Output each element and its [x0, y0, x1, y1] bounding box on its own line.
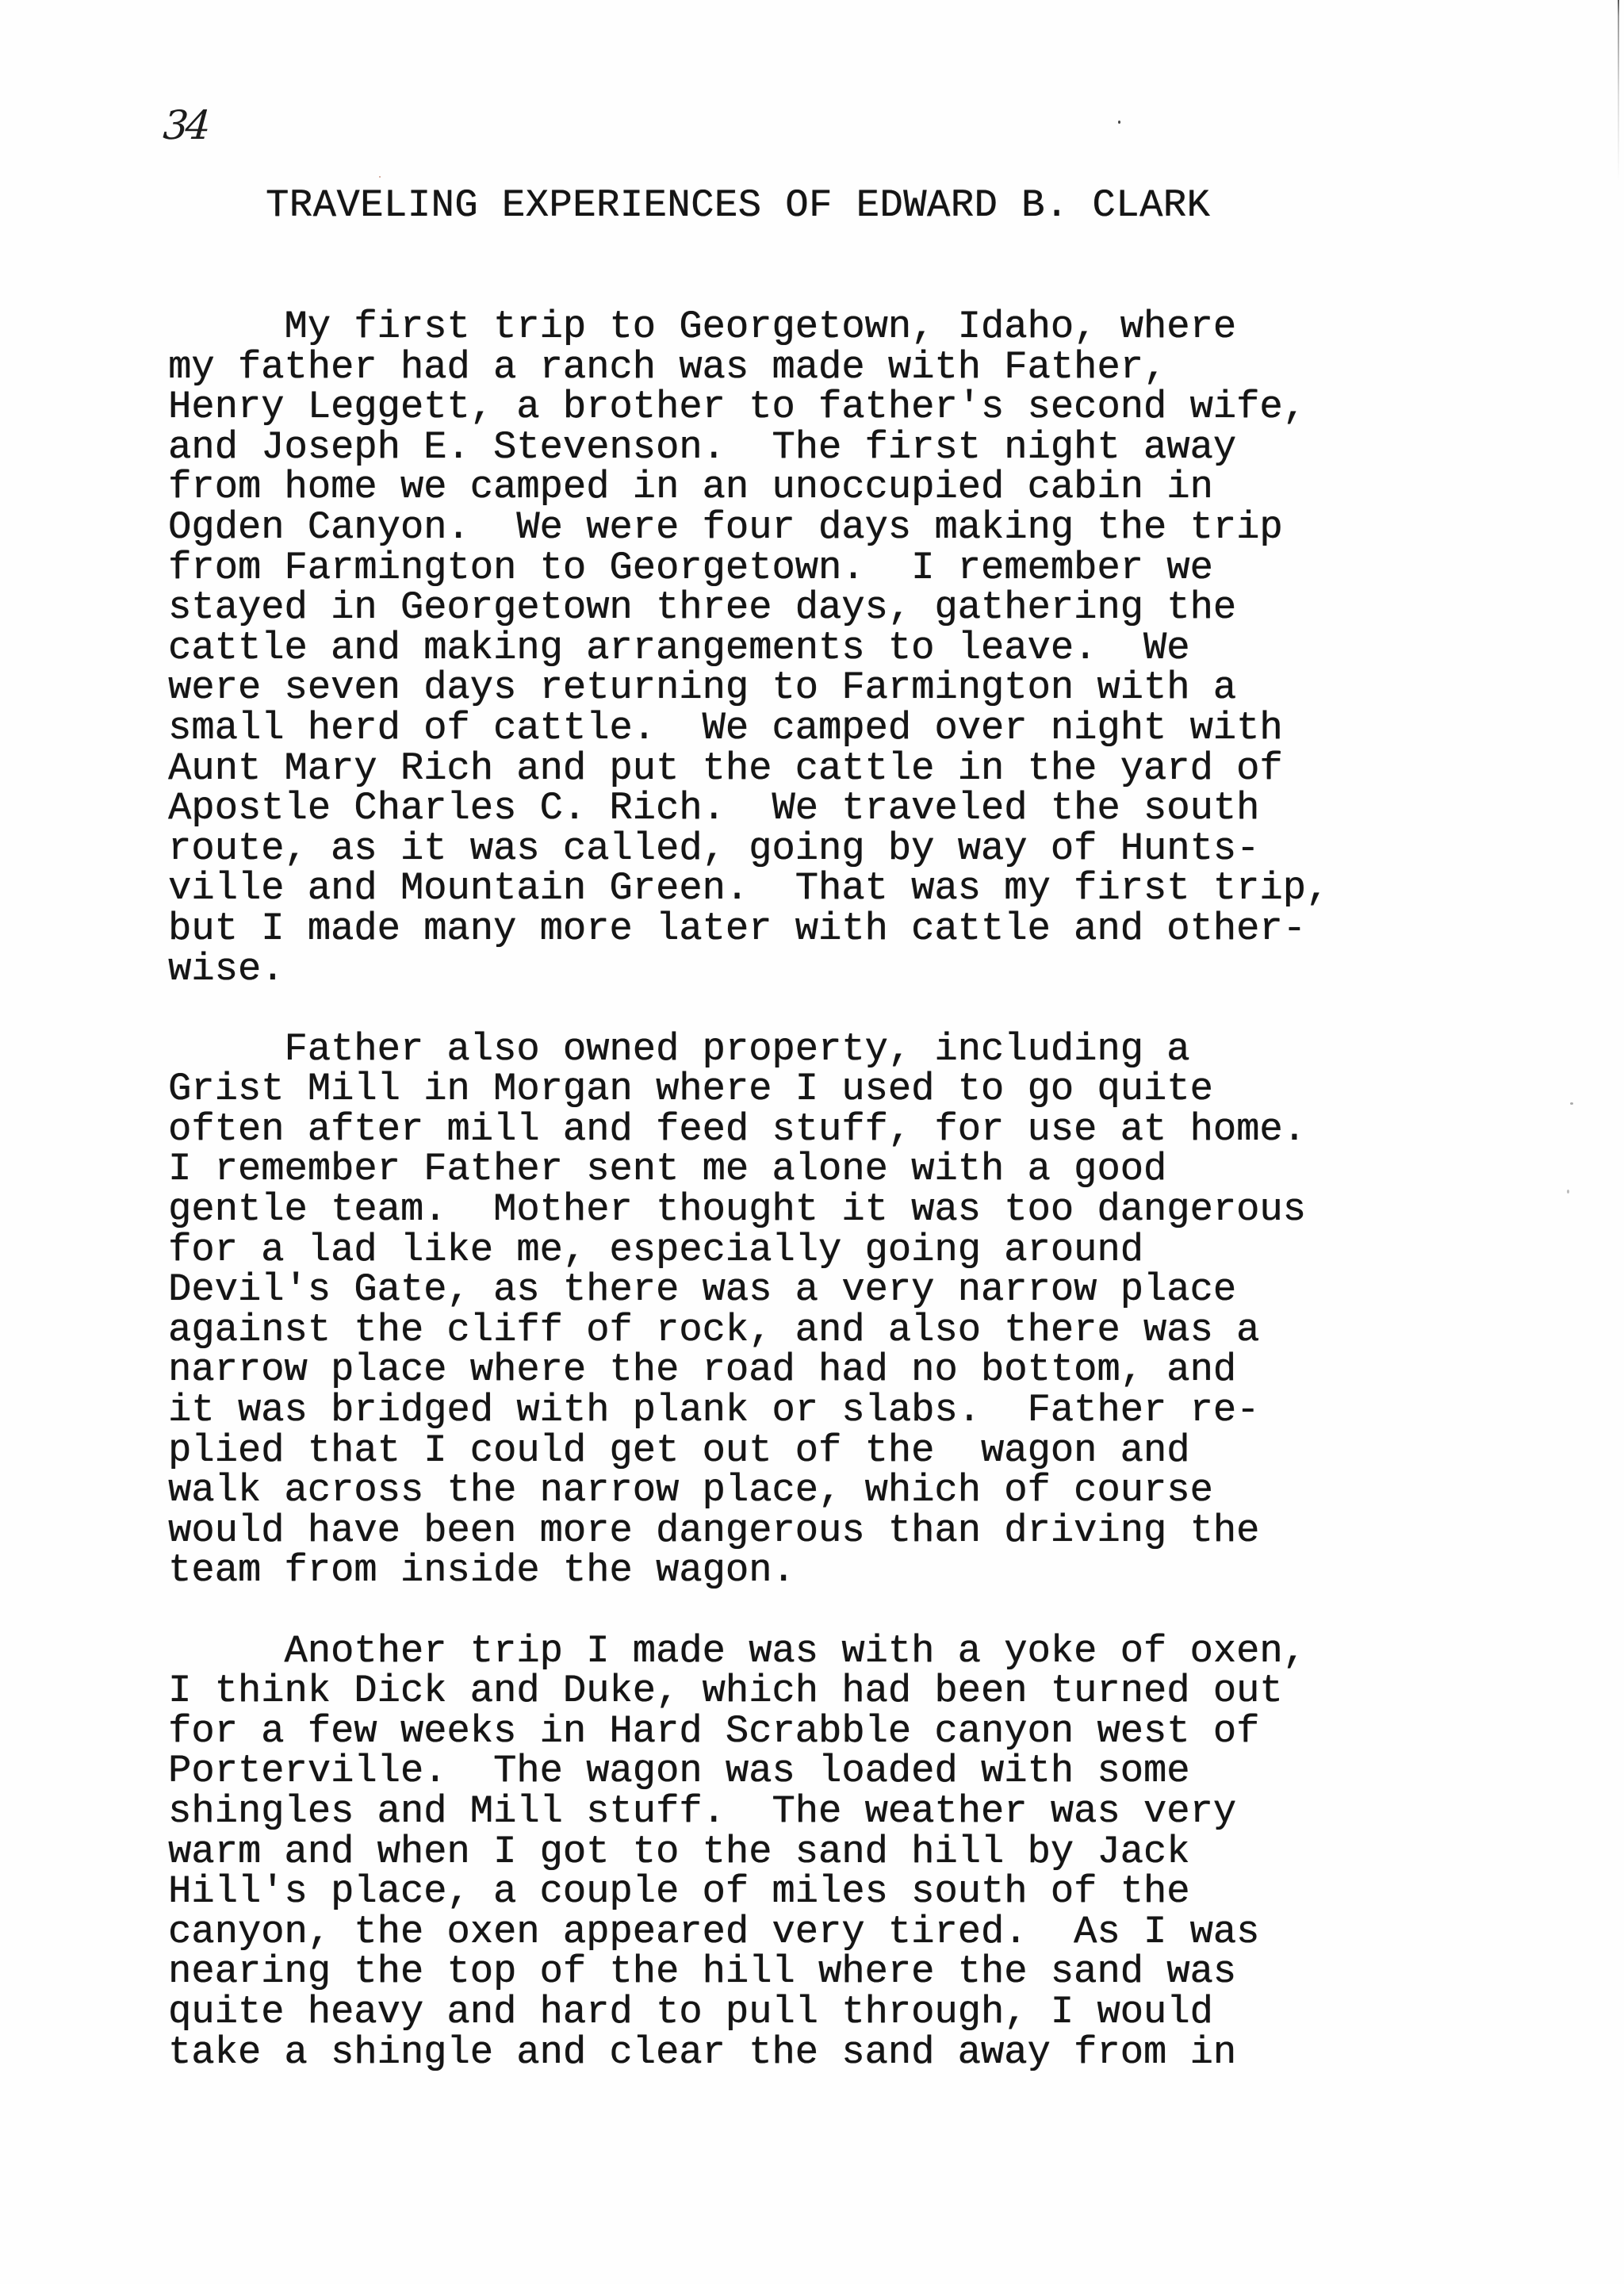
text-line: and Joseph E. Stevenson. The first night…: [168, 427, 1564, 468]
text-line: against the cliff of rock, and also ther…: [168, 1310, 1564, 1351]
text-line: Henry Leggett, a brother to father's sec…: [168, 387, 1564, 427]
text-line: Devil's Gate, as there was a very narrow…: [168, 1270, 1564, 1310]
page-number: 34: [162, 102, 209, 149]
text-line: my father had a ranch was made with Fath…: [168, 347, 1564, 388]
text-line: but I made many more later with cattle a…: [168, 909, 1564, 949]
paragraph-2: Father also owned property, including aG…: [168, 1029, 1564, 1591]
text-line: from home we camped in an unoccupied cab…: [168, 467, 1564, 508]
text-line: were seven days returning to Farmington …: [168, 668, 1564, 708]
text-line: route, as it was called, going by way of…: [168, 829, 1564, 869]
scan-speck: [379, 176, 381, 178]
text-line: Apostle Charles C. Rich. We traveled the…: [168, 788, 1564, 829]
scan-speck: [1118, 121, 1120, 124]
text-line: shingles and Mill stuff. The weather was…: [168, 1792, 1564, 1832]
text-line: for a lad like me, especially going arou…: [168, 1230, 1564, 1270]
text-line: team from inside the wagon.: [168, 1550, 1564, 1591]
text-line: would have been more dangerous than driv…: [168, 1511, 1564, 1551]
document-body: My first trip to Georgetown, Idaho, wher…: [168, 307, 1564, 2072]
text-line: it was bridged with plank or slabs. Fath…: [168, 1390, 1564, 1431]
scan-speck: [1570, 1102, 1573, 1105]
document-title: TRAVELING EXPERIENCES OF EDWARD B. CLARK: [266, 186, 1210, 226]
scan-speck: [1567, 1190, 1569, 1194]
text-line: take a shingle and clear the sand away f…: [168, 2033, 1564, 2073]
text-line: I remember Father sent me alone with a g…: [168, 1149, 1564, 1190]
text-line: wise.: [168, 949, 1564, 990]
text-line: ville and Mountain Green. That was my fi…: [168, 868, 1564, 909]
text-line: Aunt Mary Rich and put the cattle in the…: [168, 749, 1564, 789]
page-edge-shadow: [1618, 0, 1619, 182]
text-line: for a few weeks in Hard Scrabble canyon …: [168, 1711, 1564, 1752]
text-line: Another trip I made was with a yoke of o…: [168, 1631, 1564, 1672]
paragraph-3: Another trip I made was with a yoke of o…: [168, 1631, 1564, 2073]
document-page: 34 TRAVELING EXPERIENCES OF EDWARD B. CL…: [0, 0, 1624, 2284]
text-line: warm and when I got to the sand hill by …: [168, 1832, 1564, 1872]
text-line: stayed in Georgetown three days, gatheri…: [168, 588, 1564, 628]
text-line: plied that I could get out of the wagon …: [168, 1431, 1564, 1471]
text-line: small herd of cattle. We camped over nig…: [168, 708, 1564, 749]
text-line: canyon, the oxen appeared very tired. As…: [168, 1912, 1564, 1953]
text-line: narrow place where the road had no botto…: [168, 1350, 1564, 1390]
text-line: Grist Mill in Morgan where I used to go …: [168, 1069, 1564, 1109]
text-line: nearing the top of the hill where the sa…: [168, 1952, 1564, 1992]
text-line: Ogden Canyon. We were four days making t…: [168, 508, 1564, 548]
paragraph-1: My first trip to Georgetown, Idaho, wher…: [168, 307, 1564, 989]
text-line: I think Dick and Duke, which had been tu…: [168, 1671, 1564, 1711]
text-line: walk across the narrow place, which of c…: [168, 1470, 1564, 1511]
text-line: quite heavy and hard to pull through, I …: [168, 1992, 1564, 2033]
text-line: Porterville. The wagon was loaded with s…: [168, 1751, 1564, 1792]
text-line: Father also owned property, including a: [168, 1029, 1564, 1070]
text-line: cattle and making arrangements to leave.…: [168, 628, 1564, 669]
text-line: Hill's place, a couple of miles south of…: [168, 1872, 1564, 1912]
text-line: often after mill and feed stuff, for use…: [168, 1109, 1564, 1150]
text-line: My first trip to Georgetown, Idaho, wher…: [168, 307, 1564, 347]
text-line: gentle team. Mother thought it was too d…: [168, 1190, 1564, 1230]
text-line: from Farmington to Georgetown. I remembe…: [168, 548, 1564, 588]
